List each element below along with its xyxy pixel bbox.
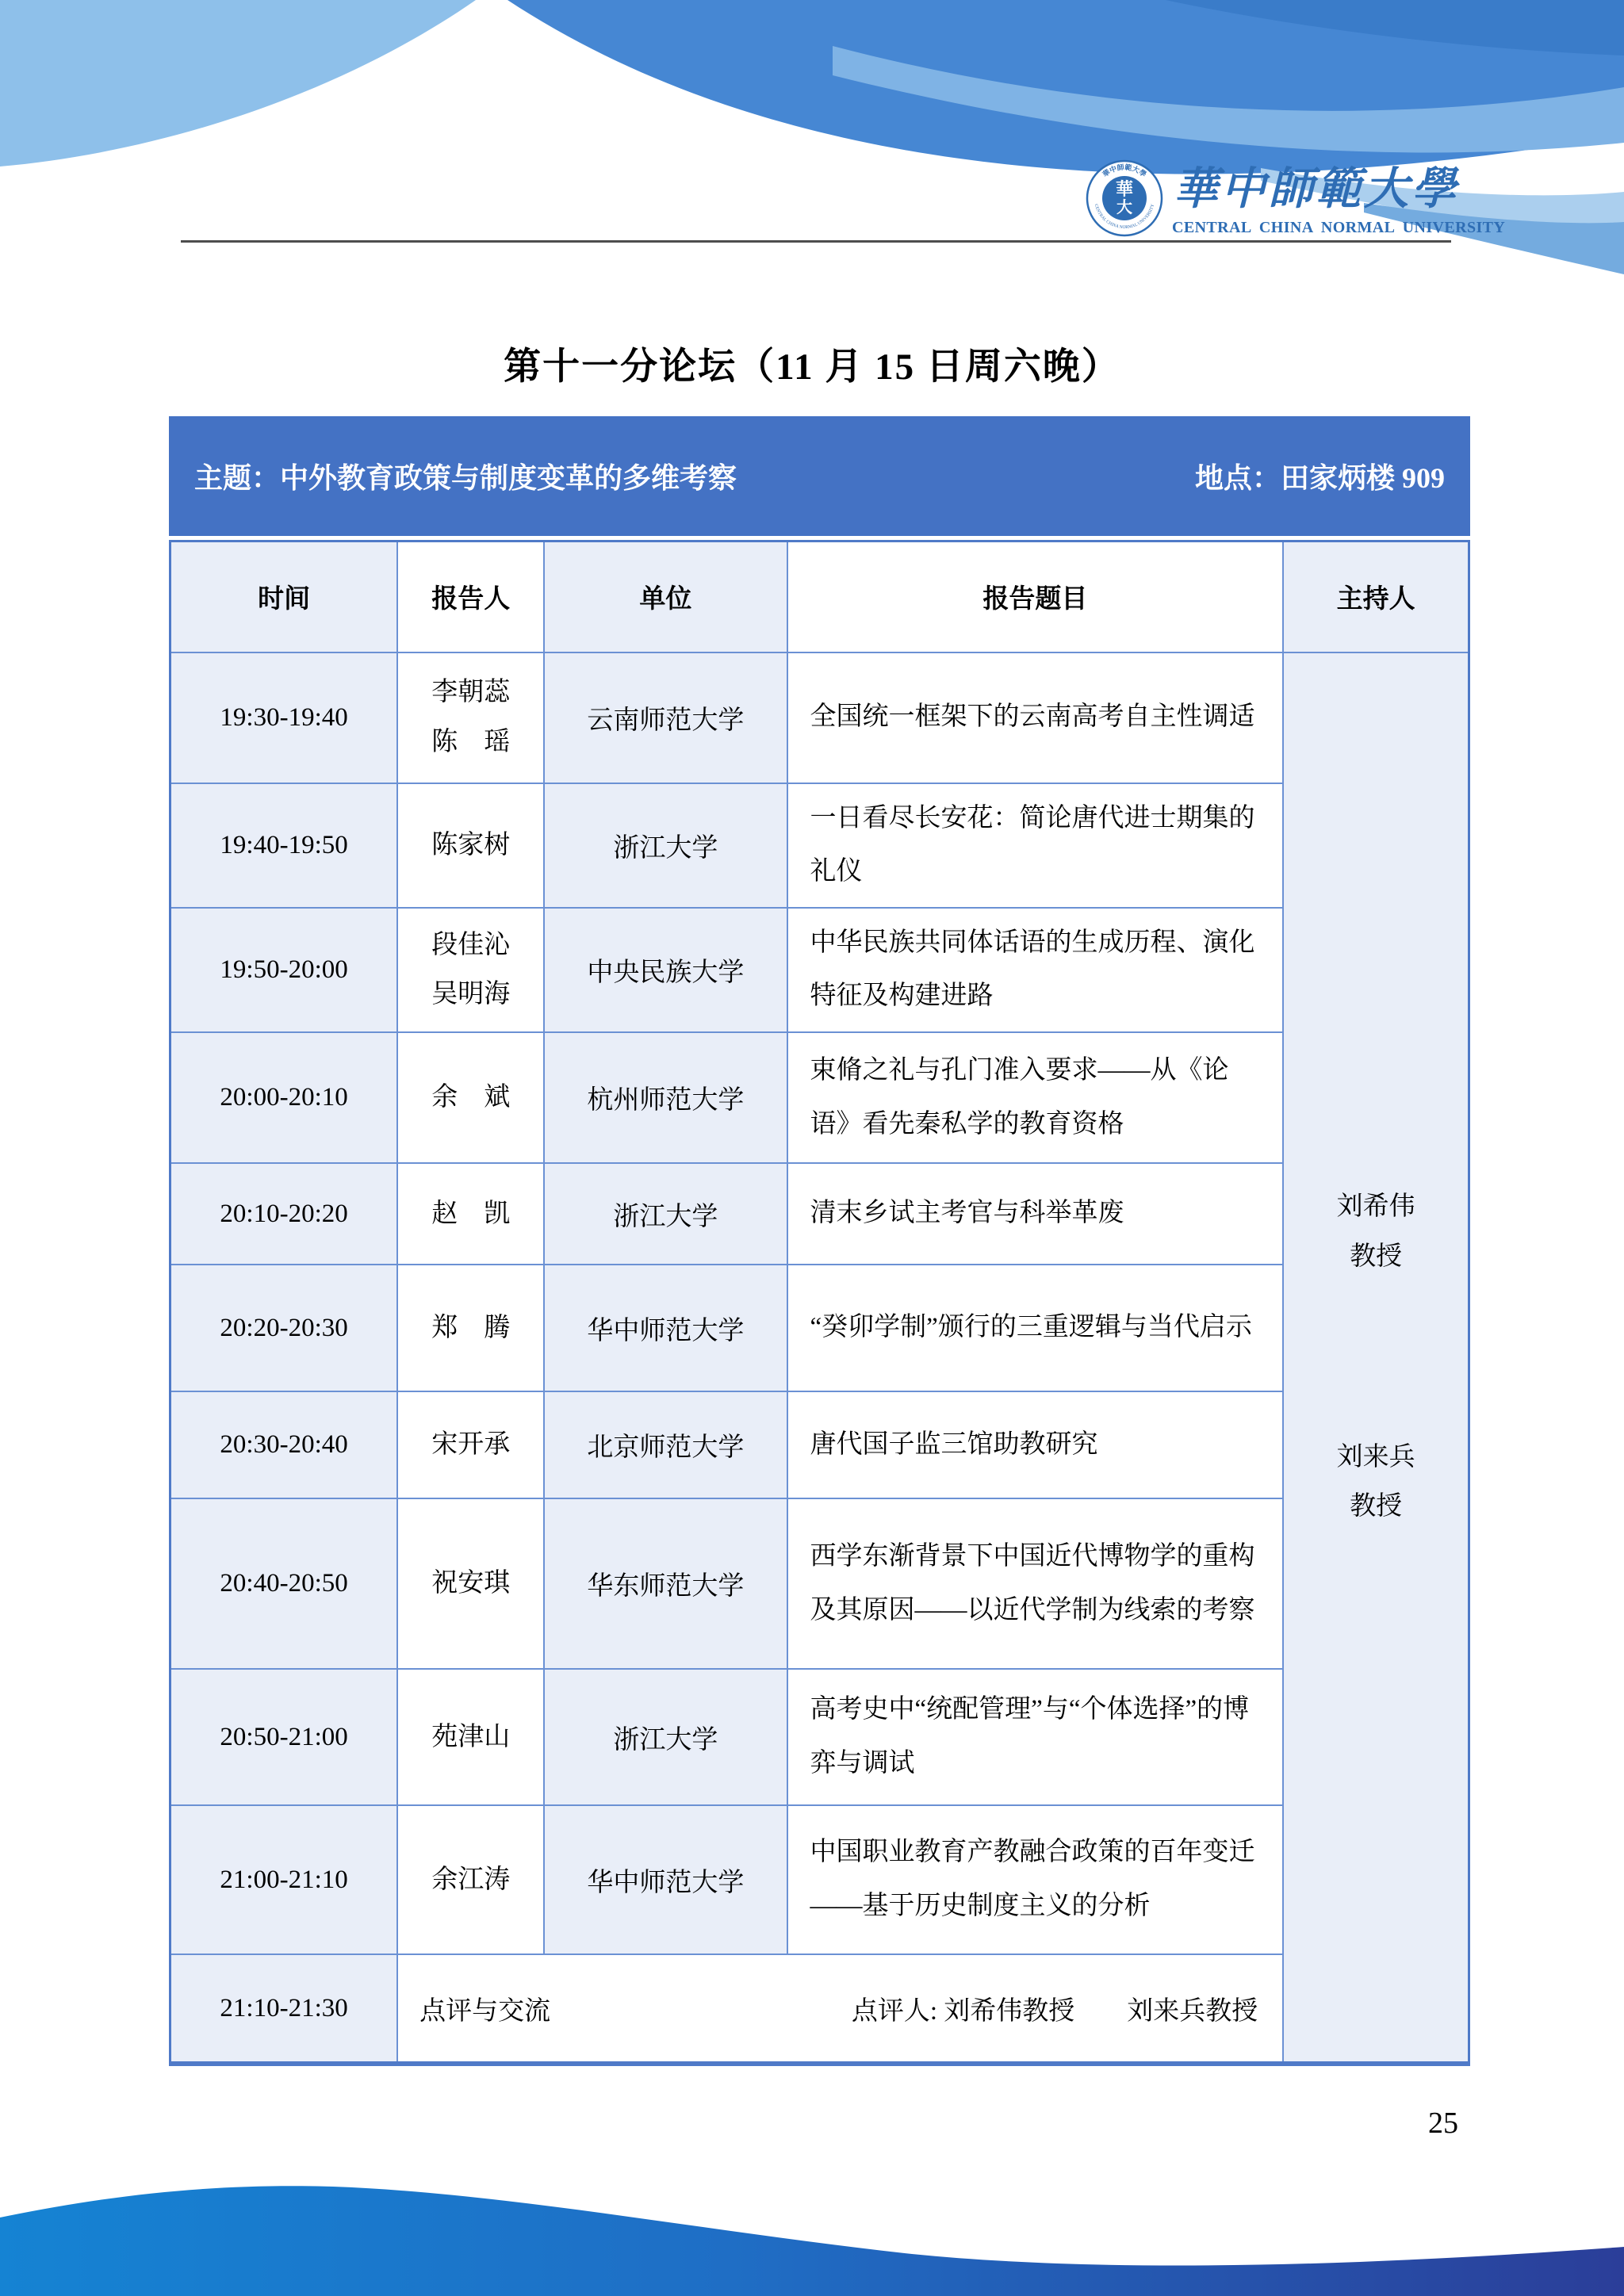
header-unit: 单位 — [544, 541, 787, 652]
row-unit: 云南师范大学 — [544, 652, 787, 783]
university-name-en: CENTRAL CHINA NORMAL UNIVERSITY — [1172, 219, 1457, 237]
row-speaker: 苑津山 — [397, 1669, 544, 1805]
row-topic: 清末乡试主考官与科举革废 — [787, 1163, 1284, 1265]
row-time: 20:40-20:50 — [170, 1498, 398, 1669]
row-topic: 一日看尽长安花：简论唐代进士期集的礼仪 — [787, 783, 1284, 908]
row-topic: 唐代国子监三馆助教研究 — [787, 1391, 1284, 1498]
table-row: 20:30-20:40 宋开承 北京师范大学 唐代国子监三馆助教研究 — [170, 1391, 1469, 1498]
row-unit: 杭州师范大学 — [544, 1032, 787, 1163]
row-speaker: 余江涛 — [397, 1805, 544, 1954]
row-unit: 中央民族大学 — [544, 908, 787, 1032]
moderator-name: 刘希伟 教授 — [1337, 1182, 1415, 1281]
row-unit: 浙江大学 — [544, 783, 787, 908]
row-time: 19:30-19:40 — [170, 652, 398, 783]
row-speaker: 李朝蕊 陈 瑶 — [397, 652, 544, 783]
header-speaker: 报告人 — [397, 541, 544, 652]
row-topic: 高考史中“统配管理”与“个体选择”的博弈与调试 — [787, 1669, 1284, 1805]
closing-reviewers: 点评人: 刘希伟教授 刘来兵教授 — [852, 1990, 1258, 2027]
row-speaker: 郑 腾 — [397, 1265, 544, 1391]
table-row: 20:00-20:10 余 斌 杭州师范大学 束脩之礼与孔门准入要求——从《论语… — [170, 1032, 1469, 1163]
svg-text:大: 大 — [1116, 197, 1132, 216]
page-number: 25 — [1411, 2106, 1475, 2141]
header-time: 时间 — [170, 541, 398, 652]
schedule-table-container: 时间 报告人 单位 报告题目 主持人 19:30-19:40 李朝蕊 陈 瑶 云… — [169, 540, 1470, 2066]
row-topic: 中国职业教育产教融合政策的百年变迁——基于历史制度主义的分析 — [787, 1805, 1284, 1954]
session-venue: 地点：田家炳楼 909 — [1195, 456, 1445, 496]
row-speaker: 余 斌 — [397, 1032, 544, 1163]
row-time: 20:20-20:30 — [170, 1265, 398, 1391]
bottom-wave-decoration — [0, 2137, 1624, 2296]
schedule-table: 时间 报告人 单位 报告题目 主持人 19:30-19:40 李朝蕊 陈 瑶 云… — [169, 540, 1470, 2066]
closing-time: 21:10-21:30 — [170, 1954, 398, 2064]
session-bar: 主题：中外教育政策与制度变革的多维考察 地点：田家炳楼 909 — [169, 416, 1470, 536]
row-time: 20:10-20:20 — [170, 1163, 398, 1265]
row-speaker: 祝安琪 — [397, 1498, 544, 1669]
row-time: 19:40-19:50 — [170, 783, 398, 908]
header-moderator: 主持人 — [1283, 541, 1469, 652]
row-unit: 浙江大学 — [544, 1163, 787, 1265]
row-topic: 全国统一框架下的云南高考自主性调适 — [787, 652, 1284, 783]
row-speaker: 陈家树 — [397, 783, 544, 908]
row-unit: 华东师范大学 — [544, 1498, 787, 1669]
university-seal-icon: 華 大 華中師範大學 CENTRAL CHINA NORMAL UNIVERSI… — [1085, 159, 1164, 238]
row-speaker: 段佳沁 吴明海 — [397, 908, 544, 1032]
table-header-row: 时间 报告人 单位 报告题目 主持人 — [170, 541, 1469, 652]
svg-text:華: 華 — [1116, 179, 1133, 199]
row-time: 20:30-20:40 — [170, 1391, 398, 1498]
table-row: 20:40-20:50 祝安琪 华东师范大学 西学东渐背景下中国近代博物学的重构… — [170, 1498, 1469, 1669]
closing-cell: 点评与交流 点评人: 刘希伟教授 刘来兵教授 — [397, 1954, 1283, 2064]
session-topic: 主题：中外教育政策与制度变革的多维考察 — [194, 456, 737, 496]
closing-row: 21:10-21:30 点评与交流 点评人: 刘希伟教授 刘来兵教授 — [170, 1954, 1469, 2064]
table-row: 20:10-20:20 赵 凯 浙江大学 清末乡试主考官与科举革废 — [170, 1163, 1469, 1265]
header-divider-line — [181, 240, 1451, 243]
row-time: 20:00-20:10 — [170, 1032, 398, 1163]
row-unit: 北京师范大学 — [544, 1391, 787, 1498]
moderator-cell: 刘希伟 教授 刘来兵 教授 — [1283, 652, 1469, 2064]
table-row: 19:30-19:40 李朝蕊 陈 瑶 云南师范大学 全国统一框架下的云南高考自… — [170, 652, 1469, 783]
university-logo: 華 大 華中師範大學 CENTRAL CHINA NORMAL UNIVERSI… — [1085, 152, 1457, 247]
row-topic: 西学东渐背景下中国近代博物学的重构及其原因——以近代学制为线索的考察 — [787, 1498, 1284, 1669]
row-time: 20:50-21:00 — [170, 1669, 398, 1805]
table-row: 20:50-21:00 苑津山 浙江大学 高考史中“统配管理”与“个体选择”的博… — [170, 1669, 1469, 1805]
row-topic: 束脩之礼与孔门准入要求——从《论语》看先秦私学的教育资格 — [787, 1032, 1284, 1163]
header-title: 报告题目 — [787, 541, 1284, 652]
table-row: 20:20-20:30 郑 腾 华中师范大学 “癸卯学制”颁行的三重逻辑与当代启… — [170, 1265, 1469, 1391]
moderator-name: 刘来兵 教授 — [1337, 1433, 1415, 1532]
row-time: 19:50-20:00 — [170, 908, 398, 1032]
row-speaker: 宋开承 — [397, 1391, 544, 1498]
page-title: 第十一分论坛（11 月 15 日周六晚） — [0, 337, 1624, 390]
university-name-cn: 華中師範大學 — [1174, 154, 1459, 217]
row-unit: 华中师范大学 — [544, 1805, 787, 1954]
row-unit: 华中师范大学 — [544, 1265, 787, 1391]
table-row: 19:40-19:50 陈家树 浙江大学 一日看尽长安花：简论唐代进士期集的礼仪 — [170, 783, 1469, 908]
table-row: 19:50-20:00 段佳沁 吴明海 中央民族大学 中华民族共同体话语的生成历… — [170, 908, 1469, 1032]
row-unit: 浙江大学 — [544, 1669, 787, 1805]
table-row: 21:00-21:10 余江涛 华中师范大学 中国职业教育产教融合政策的百年变迁… — [170, 1805, 1469, 1954]
row-topic: “癸卯学制”颁行的三重逻辑与当代启示 — [787, 1265, 1284, 1391]
row-time: 21:00-21:10 — [170, 1805, 398, 1954]
row-speaker: 赵 凯 — [397, 1163, 544, 1265]
closing-activity: 点评与交流 — [419, 1990, 550, 2027]
row-topic: 中华民族共同体话语的生成历程、演化特征及构建进路 — [787, 908, 1284, 1032]
